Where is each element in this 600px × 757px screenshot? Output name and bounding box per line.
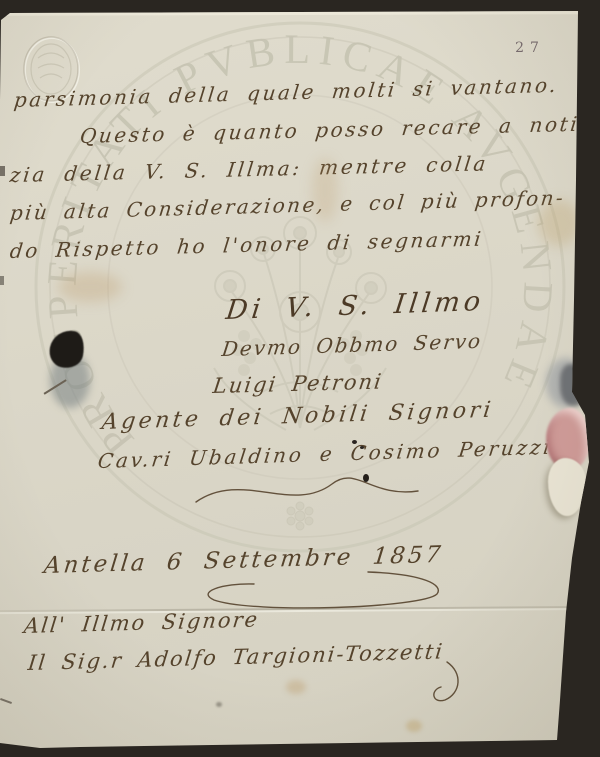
signature-title-line: Cav.ri Ubaldino e Cosimo Peruzzi	[96, 435, 554, 473]
flourish-under-date	[208, 572, 438, 608]
letter-line: Questo è quanto posso recare a noti-	[79, 112, 591, 149]
pen-scratch	[44, 379, 67, 394]
valediction-line: Devmo Obbmo Servo	[220, 329, 483, 361]
ink-blot	[46, 327, 87, 371]
watermark-rosette	[287, 502, 313, 530]
torn-paper-flap	[548, 458, 586, 516]
dateline: Antella 6 Settembre 1857	[43, 542, 445, 579]
stain	[58, 272, 122, 302]
dark-tear-shadow	[560, 364, 588, 406]
page-number-stamp: 27	[510, 40, 550, 56]
edge-nick	[0, 166, 5, 176]
stain	[406, 720, 422, 732]
valediction-line: Di V. S. Illmo	[224, 286, 486, 326]
letter-line: do Rispetto ho l'onore di segnarmi	[9, 227, 485, 263]
scanned-letter-page: PROSPERITATI PVBLICAE AVGENDAE	[0, 0, 600, 757]
letter-line: zia della V. S. Illma: mentre colla	[9, 151, 490, 187]
edge-nick	[0, 276, 4, 285]
letter-line: più alta Considerazione, e col più profo…	[9, 185, 567, 225]
edge-mark	[0, 698, 12, 704]
flourish-after-recipient	[434, 662, 458, 701]
paper-top-edge	[0, 10, 580, 16]
stain	[286, 680, 306, 694]
flourish-under-signature	[196, 478, 418, 502]
paper-sheet: PROSPERITATI PVBLICAE AVGENDAE	[0, 0, 600, 757]
signature-title-line: Agente dei Nobili Signori	[100, 398, 495, 435]
letter-line: parsimonia della quale molti si vantano.	[13, 73, 560, 112]
recipient-line: Il Sig.r Adolfo Targioni-Tozzetti	[27, 639, 446, 675]
speck	[216, 702, 222, 707]
ink-speck	[363, 474, 369, 482]
signature-name: Luigi Petroni	[211, 370, 384, 399]
